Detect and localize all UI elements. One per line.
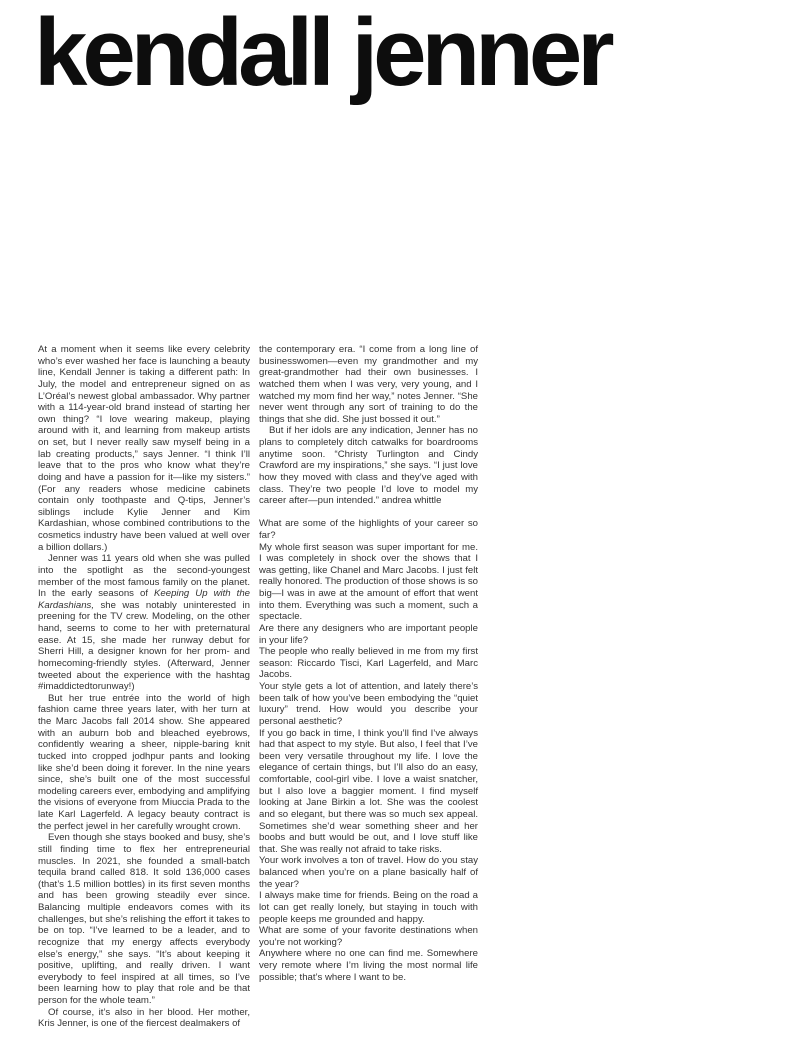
article-paragraph: But if her idols are any indication, Jen… [259,425,478,506]
paragraph-text: she was notably uninterested in preening… [38,600,250,692]
paragraph-text: the contemporary era. “I come from a lon… [259,344,478,425]
interview-section: What are some of the highlights of your … [259,518,478,983]
interview-question: Your style gets a lot of attention, and … [259,681,478,728]
paragraph-text: But if her idols are any indication, Jen… [259,425,478,506]
article-right-column: the contemporary era. “I come from a lon… [259,344,478,983]
byline: andrea whittle [382,495,442,506]
interview-answer: I always make time for friends. Being on… [259,890,478,925]
paragraph-text: At a moment when it seems like every cel… [38,344,250,553]
article-body: At a moment when it seems like every cel… [38,344,478,1030]
interview-answer: If you go back in time, I think you’ll f… [259,728,478,856]
interview-answer: Anywhere where no one can find me. Somew… [259,948,478,983]
paragraph-text: But her true entrée into the world of hi… [38,693,250,832]
article-paragraph: the contemporary era. “I come from a lon… [259,344,478,425]
paragraph-text: Of course, it’s also in her blood. Her m… [38,1007,250,1030]
paragraph-text: Even though she stays booked and busy, s… [38,832,250,1006]
interview-question: Are there any designers who are importan… [259,623,478,646]
article-paragraph: Even though she stays booked and busy, s… [38,832,250,1006]
interview-question: What are some of the highlights of your … [259,518,478,541]
interview-question: Your work involves a ton of travel. How … [259,855,478,890]
interview-question: What are some of your favorite destinati… [259,925,478,948]
article-paragraph: Jenner was 11 years old when she was pul… [38,553,250,693]
article-paragraph: But her true entrée into the world of hi… [38,693,250,833]
article-left-column: At a moment when it seems like every cel… [38,344,250,1030]
article-paragraph: Of course, it’s also in her blood. Her m… [38,1007,250,1030]
article-paragraph: At a moment when it seems like every cel… [38,344,250,553]
interview-answer: My whole first season was super importan… [259,542,478,623]
interview-answer: The people who really believed in me fro… [259,646,478,681]
magazine-page: kendall jenner At a moment when it seems… [0,0,800,1040]
page-title: kendall jenner [34,4,610,102]
